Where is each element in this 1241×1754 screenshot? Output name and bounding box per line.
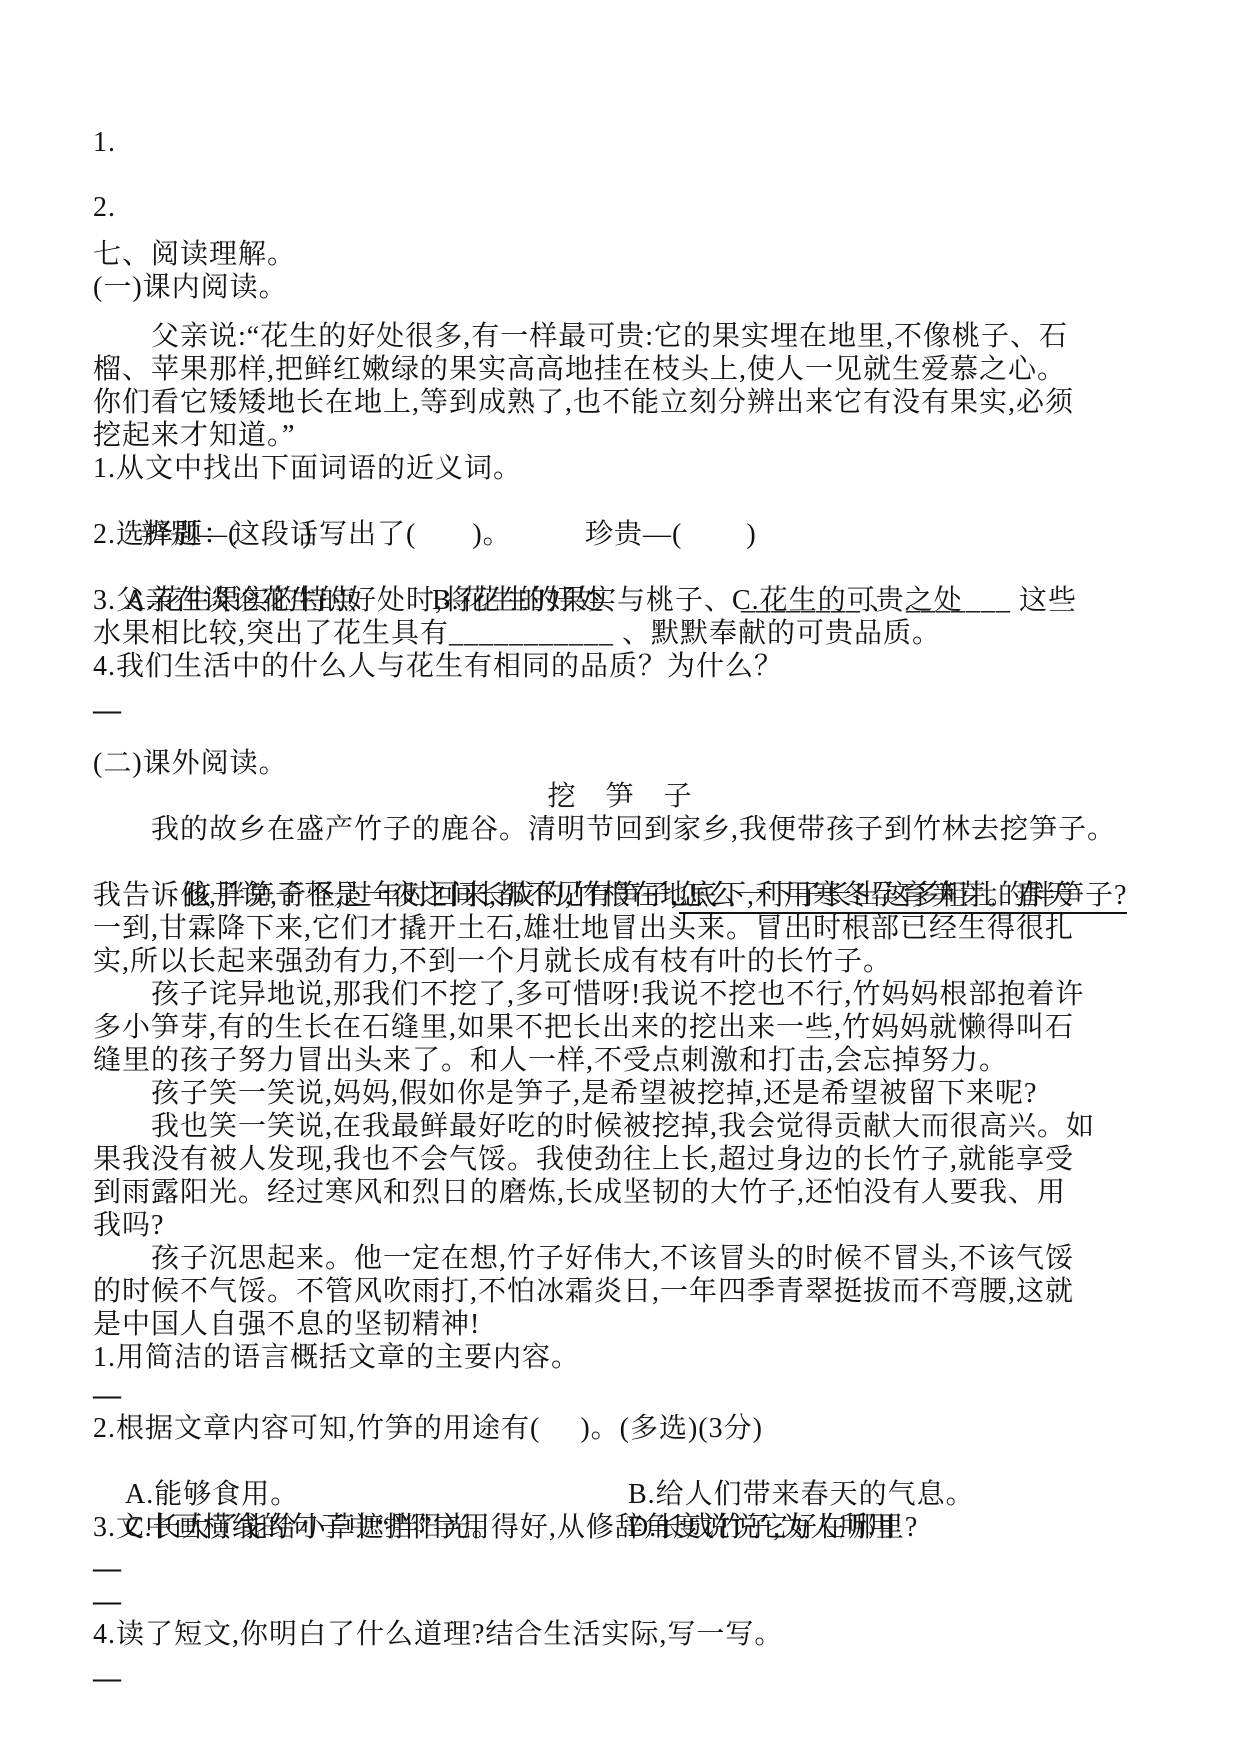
part1-question-3-line1: 3.父亲在谈论花生的好处时,将花生的果实与桃子、 ________ 、 ____… — [93, 584, 1147, 617]
passage2-line: 我的故乡在盛产竹子的鹿谷。清明节回到家乡,我便带孩子到竹林去挖笋子。 — [93, 813, 1147, 846]
passage2-line: 孩子笑一笑说,妈妈,假如你是笋子,是希望被挖掉,还是希望被留下来呢? — [93, 1077, 1147, 1110]
passage2-line: 一到,甘霖降下来,它们才撬开土石,雄壮地冒出头来。冒出时根部已经生得很扎 — [93, 912, 1147, 945]
part1-q1-blanks-row: 辨别—( )珍贵—( ) — [93, 485, 1147, 518]
part1-q2-options-row: A.花生果实的特点B.花生的好处C.花生的可贵之处 — [93, 551, 1147, 584]
passage2-line: 的时候不气馁。不管风吹雨打,不怕冰霜炎日,一年四季青翠挺拔而不弯腰,这就 — [93, 1275, 1147, 1308]
part1-question-4: 4.我们生活中的什么人与花生有相同的品质？为什么？ — [93, 650, 1147, 683]
answer-line: — — [93, 1662, 1147, 1695]
passage2-line: 果我没有被人发现,我也不会气馁。我使劲往上长,超过身边的长竹子,就能享受 — [93, 1143, 1147, 1176]
option-a: A.能够食用。 — [125, 1478, 628, 1511]
passage2-title: 挖 笋 子 — [93, 780, 1147, 813]
answer-line: — — [93, 1379, 1147, 1412]
page-item-2: 2. — [93, 191, 1147, 224]
part2-label: (二)课外阅读。 — [93, 747, 1147, 780]
passage1-line: 挖起来才知道。” — [93, 419, 1147, 452]
passage1-line: 父亲说:“花生的好处很多,有一样最可贵:它的果实埋在地里,不像桃子、石 — [93, 320, 1147, 353]
passage2-line: 孩子诧异地说,那我们不挖了,多可惜呀!我说不挖也不行,竹妈妈根部抱着许 — [93, 978, 1147, 1011]
part2-question-2: 2.根据文章内容可知,竹笋的用途有( )。(多选)(3分) — [93, 1412, 1147, 1445]
passage2-line: 缝里的孩子努力冒出头来了。和人一样,不受点刺激和打击,会忘掉努力。 — [93, 1044, 1147, 1077]
part1-question-1: 1.从文中找出下面词语的近义词。 — [93, 452, 1147, 485]
worksheet-page: 1. 2. 七、阅读理解。 (一)课内阅读。 父亲说:“花生的好处很多,有一样最… — [0, 0, 1241, 1754]
passage2-line: 孩子说,奇怪,过年时回来,都不见有笋子,怎么一下子长出这多粗壮的胖笋子? — [93, 846, 1147, 879]
answer-line: — — [93, 1552, 1147, 1585]
passage2-line: 我也笑一笑说,在我最鲜最好吃的时候被挖掉,我会觉得贡献大而很高兴。如 — [93, 1110, 1147, 1143]
part2-question-1: 1.用简洁的语言概括文章的主要内容。 — [93, 1341, 1147, 1374]
synonym-blank-right: 珍贵—( ) — [585, 519, 757, 550]
part1-question-3-line2: 水果相比较,突出了花生具有___________ 、默默奉献的可贵品质。 — [93, 617, 1147, 650]
option-b: B.给人们带来春天的气息。 — [628, 1479, 975, 1510]
section-title: 七、阅读理解。 — [93, 238, 1147, 271]
passage1-line: 你们看它矮矮地长在地上,等到成熟了,也不能立刻分辨出来它有没有果实,必须 — [93, 386, 1147, 419]
part2-q2-options-row-1: A.能够食用。B.给人们带来春天的气息。 — [93, 1445, 1147, 1478]
passage2-line: 我告诉他,胖笋子不是一夜之间长成的,竹根在地底下,利用寒冬孕育笋芽。春天 — [93, 879, 1147, 912]
page-item-1: 1. — [93, 126, 1147, 159]
passage2-line: 多小笋芽,有的生长在石缝里,如果不把长出来的挖出来一些,竹妈妈就懒得叫石 — [93, 1011, 1147, 1044]
passage2-line: 到雨露阳光。经过寒风和烈日的磨炼,长成坚韧的大竹子,还怕没有人要我、用 — [93, 1176, 1147, 1209]
part2-question-3: 3.文中画横线的句子中“胖”字用得好,从修辞角度说说它好在哪里? — [93, 1511, 1147, 1544]
passage1-line: 榴、苹果那样,把鲜红嫩绿的果实高高地挂在枝头上,使人一见就生爱慕之心。 — [93, 353, 1147, 386]
passage2-line: 孩子沉思起来。他一定在想,竹子好伟大,不该冒头的时候不冒头,不该气馁 — [93, 1242, 1147, 1275]
answer-line: — — [93, 1585, 1147, 1618]
passage2-line: 是中国人自强不息的坚韧精神! — [93, 1308, 1147, 1341]
answer-line: — — [93, 694, 1147, 727]
passage2-line: 实,所以长起来强劲有力,不到一个月就长成有枝有叶的长竹子。 — [93, 945, 1147, 978]
passage2-line: 我吗? — [93, 1209, 1147, 1242]
part1-label: (一)课内阅读。 — [93, 271, 1147, 304]
part2-question-4: 4.读了短文,你明白了什么道理?结合生活实际,写一写。 — [93, 1618, 1147, 1651]
